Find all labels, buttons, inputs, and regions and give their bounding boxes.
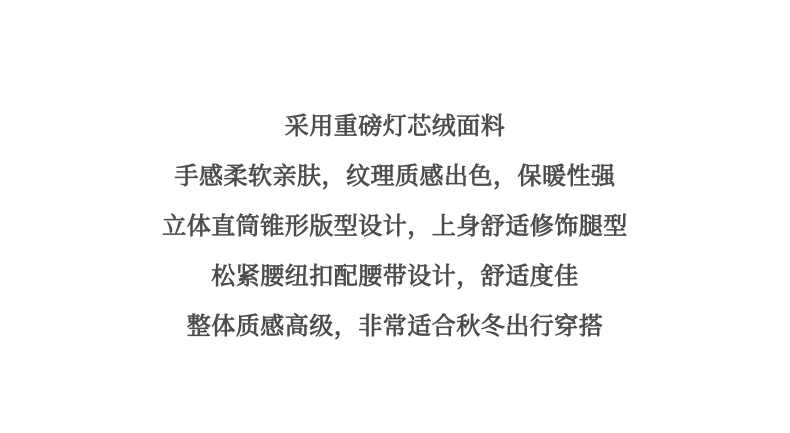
description-line-feel: 手感柔软亲肤，纹理质感出色，保暖性强 — [0, 152, 790, 202]
description-line-overall: 整体质感高级，非常适合秋冬出行穿搭 — [0, 302, 790, 352]
description-line-fit: 立体直筒锥形版型设计，上身舒适修饰腿型 — [0, 202, 790, 252]
product-description-panel: 采用重磅灯芯绒面料 手感柔软亲肤，纹理质感出色，保暖性强 立体直筒锥形版型设计，… — [0, 0, 790, 433]
description-line-fabric: 采用重磅灯芯绒面料 — [0, 102, 790, 152]
description-line-waist: 松紧腰纽扣配腰带设计，舒适度佳 — [0, 252, 790, 302]
